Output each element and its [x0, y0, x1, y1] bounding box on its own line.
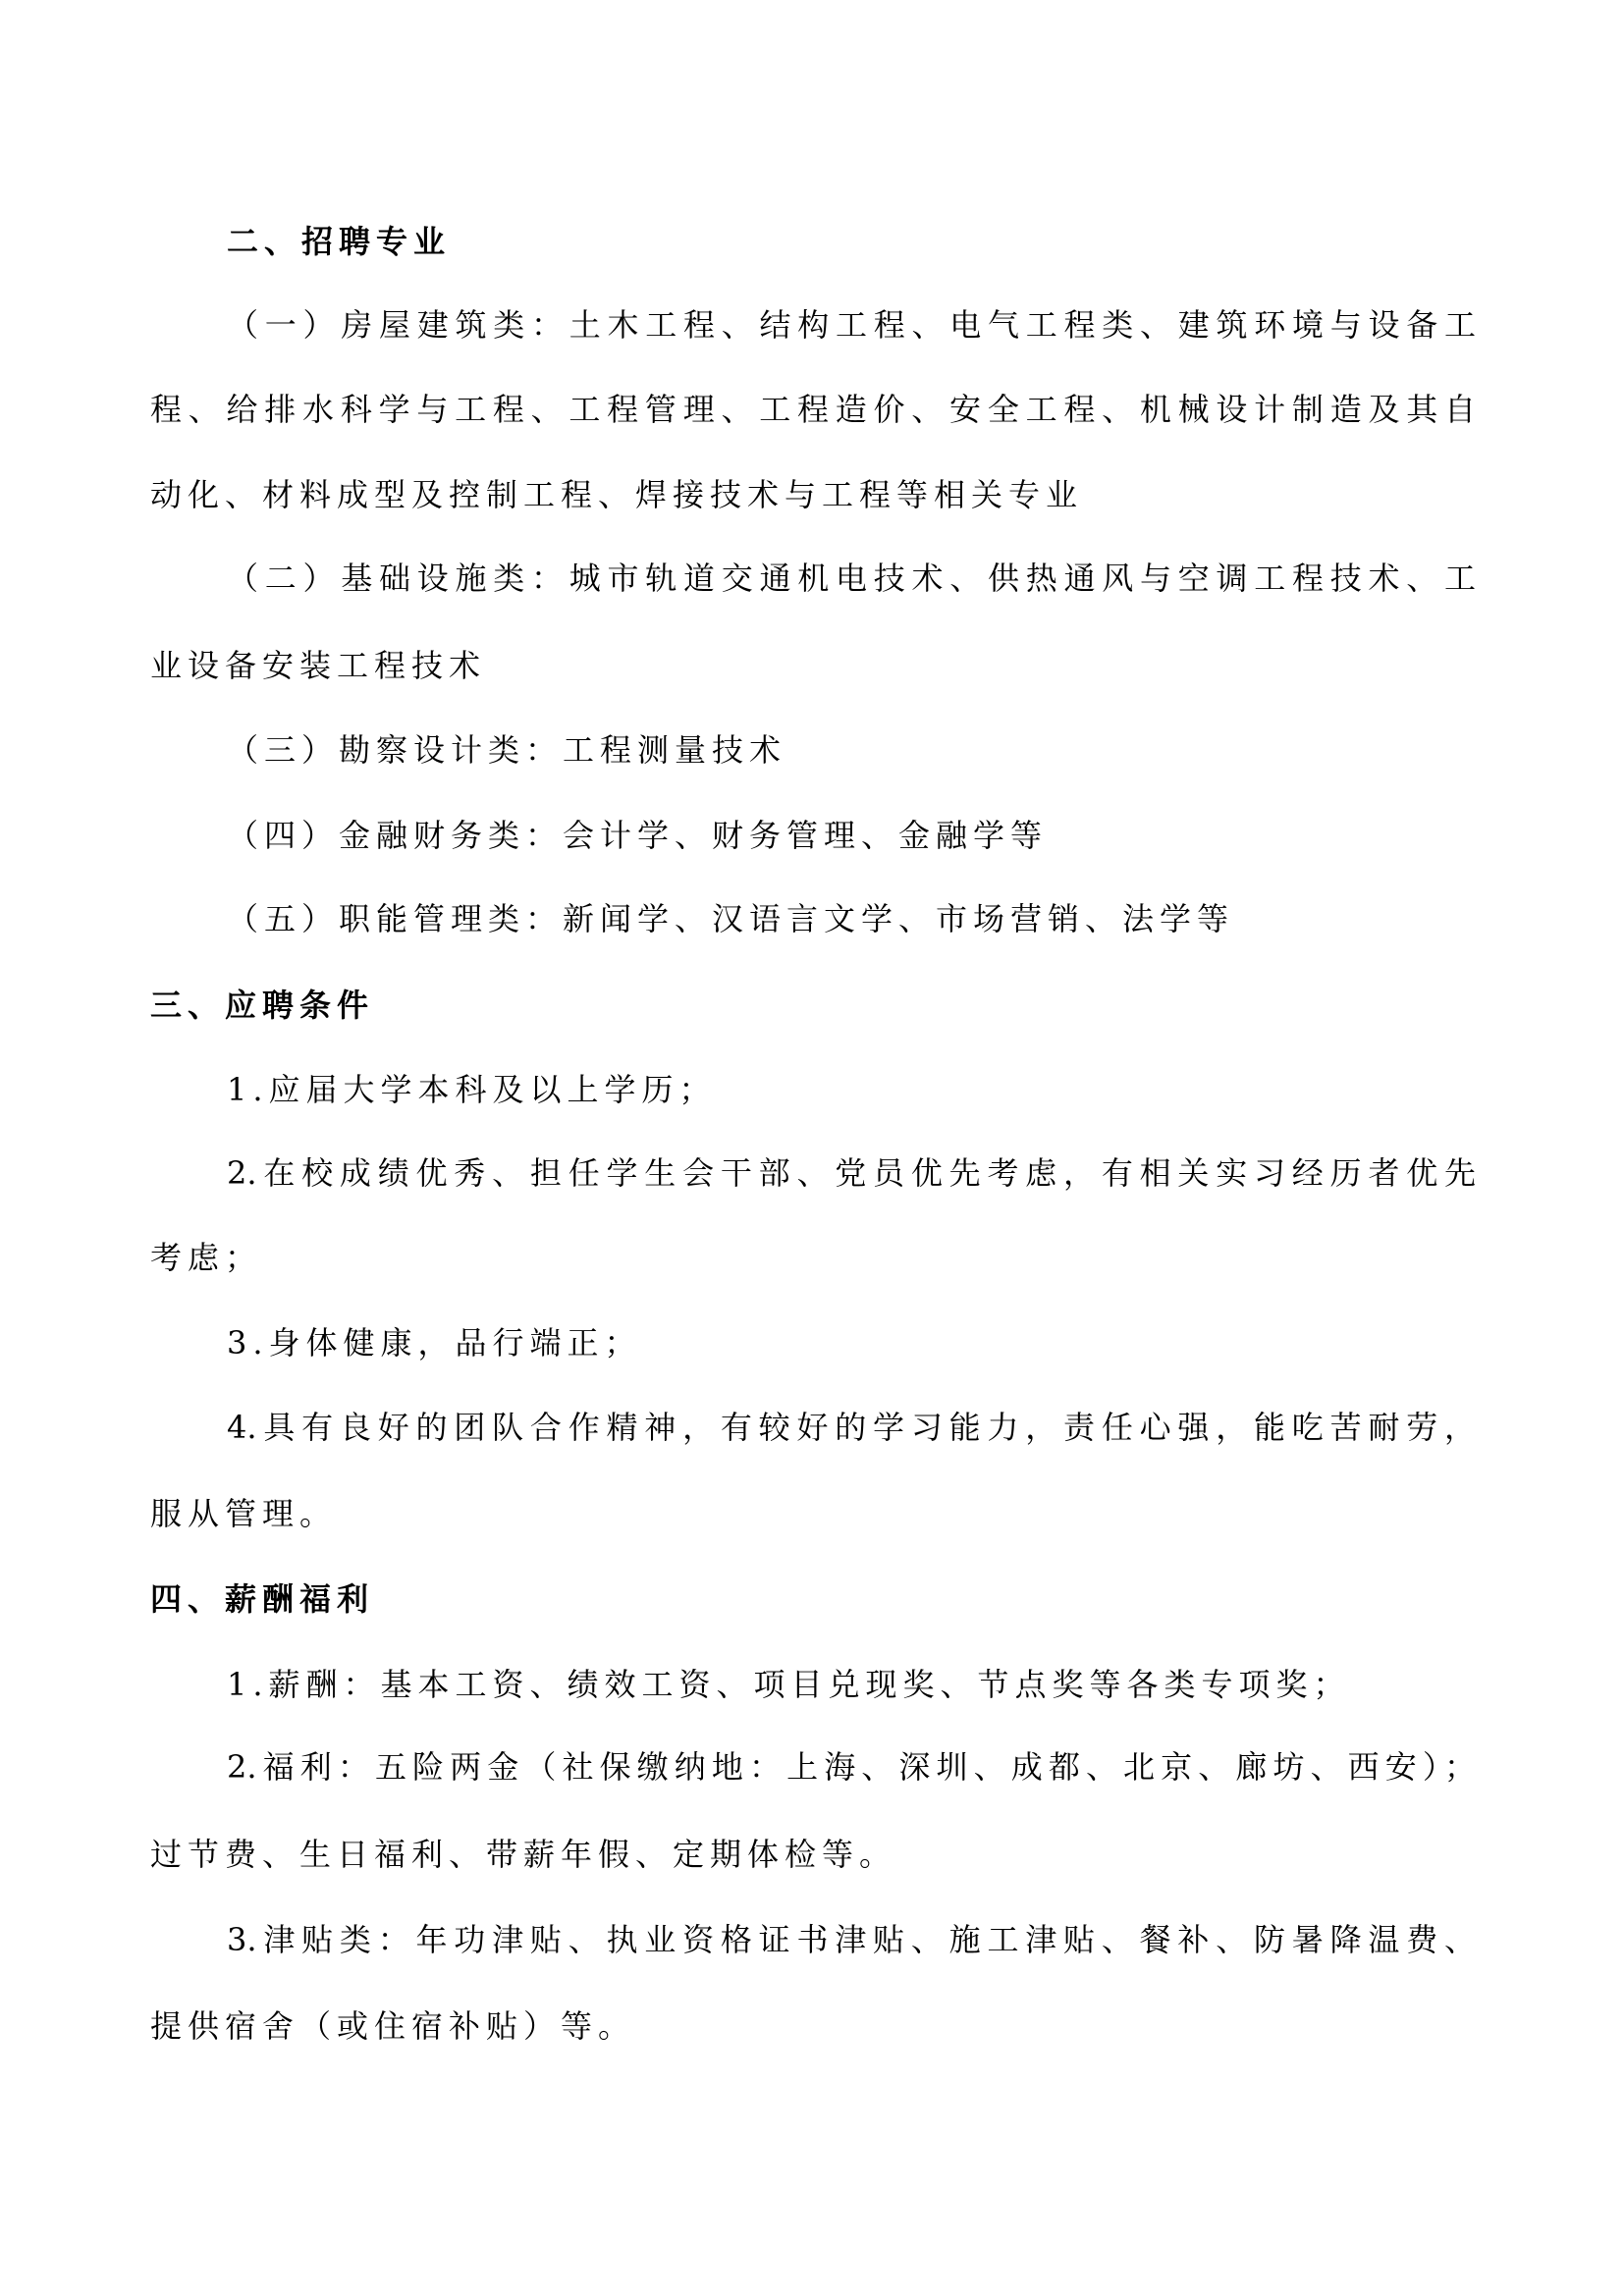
majors-item-building-line-3: 动化、材料成型及控制工程、焊接技术与工程等相关专业: [150, 475, 1083, 514]
section-heading-benefits: 四、薪酬福利: [150, 1579, 374, 1619]
section-heading-requirements: 三、应聘条件: [150, 986, 374, 1025]
requirement-1: 1.应届大学本科及以上学历；: [227, 1070, 717, 1109]
majors-item-infrastructure-line-1: （二）基础设施类：城市轨道交通机电技术、供热通风与空调工程技术、工: [227, 559, 1476, 598]
benefit-salary: 1.薪酬：基本工资、绩效工资、项目兑现奖、节点奖等各类专项奖；: [227, 1665, 1351, 1704]
majors-item-infrastructure-line-2: 业设备安装工程技术: [150, 646, 486, 685]
requirement-4-line-2: 服从管理。: [150, 1494, 337, 1533]
majors-item-survey-design: （三）勘察设计类：工程测量技术: [227, 730, 786, 770]
section-heading-majors: 二、招聘专业: [227, 222, 451, 261]
benefit-allowance-line-1: 3.津贴类：年功津贴、执业资格证书津贴、施工津贴、餐补、防暑降温费、: [227, 1920, 1476, 1959]
majors-item-finance: （四）金融财务类：会计学、财务管理、金融学等: [227, 816, 1048, 855]
document-page: 二、招聘专业 （一）房屋建筑类：土木工程、结构工程、电气工程类、建筑环境与设备工…: [0, 0, 1624, 2296]
benefit-welfare-line-1: 2.福利：五险两金（社保缴纳地：上海、深圳、成都、北京、廊坊、西安）；: [227, 1747, 1476, 1787]
requirement-2-line-1: 2.在校成绩优秀、担任学生会干部、党员优先考虑，有相关实习经历者优先: [227, 1153, 1476, 1193]
benefit-allowance-line-2: 提供宿舍（或住宿补贴）等。: [150, 2006, 635, 2046]
majors-item-building-line-1: （一）房屋建筑类：土木工程、结构工程、电气工程类、建筑环境与设备工: [227, 305, 1476, 345]
requirement-4-line-1: 4.具有良好的团队合作精神，有较好的学习能力，责任心强，能吃苦耐劳，: [227, 1408, 1476, 1447]
benefit-welfare-line-2: 过节费、生日福利、带薪年假、定期体检等。: [150, 1835, 896, 1874]
requirement-2-line-2: 考虑；: [150, 1238, 262, 1277]
majors-item-management: （五）职能管理类：新闻学、汉语言文学、市场营销、法学等: [227, 899, 1234, 938]
majors-item-building-line-2: 程、给排水科学与工程、工程管理、工程造价、安全工程、机械设计制造及其自: [150, 390, 1476, 429]
requirement-3: 3.身体健康，品行端正；: [227, 1323, 642, 1362]
